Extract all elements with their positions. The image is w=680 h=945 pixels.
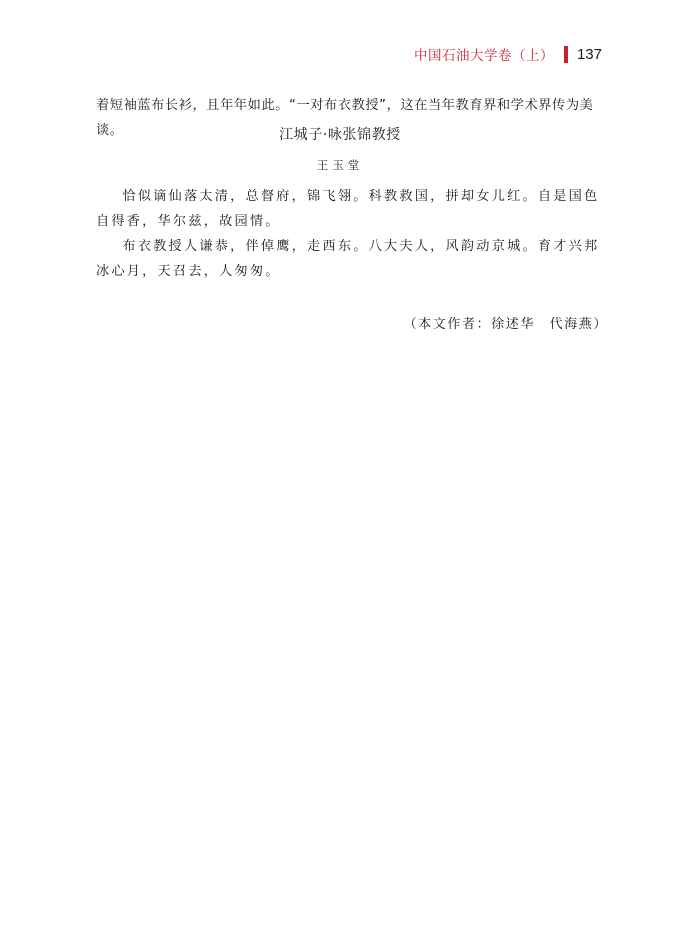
poem-author: 王玉堂 — [0, 157, 680, 173]
poem-body: 恰似谪仙落太清，总督府，锦飞翎。科教救国，拼却女儿红。自是国色自得香，华尔兹，故… — [96, 184, 610, 284]
page-number: 137 — [577, 46, 602, 63]
header-divider-bar — [564, 46, 568, 63]
poem-title: 江城子·咏张锦教授 — [0, 124, 680, 144]
poem-stanza: 恰似谪仙落太清，总督府，锦飞翎。科教救国，拼却女儿红。自是国色自得香，华尔兹，故… — [96, 184, 610, 234]
poem-stanza: 布衣教授人谦恭，伴倬鹰，走西东。八大夫人，风韵动京城。育才兴邦冰心月，天召去，人… — [96, 234, 610, 284]
running-header: 中国石油大学卷（上） 137 — [414, 43, 602, 65]
book-title: 中国石油大学卷（上） — [414, 44, 554, 64]
author-credit: （本文作者：徐述华 代海燕） — [404, 313, 608, 332]
